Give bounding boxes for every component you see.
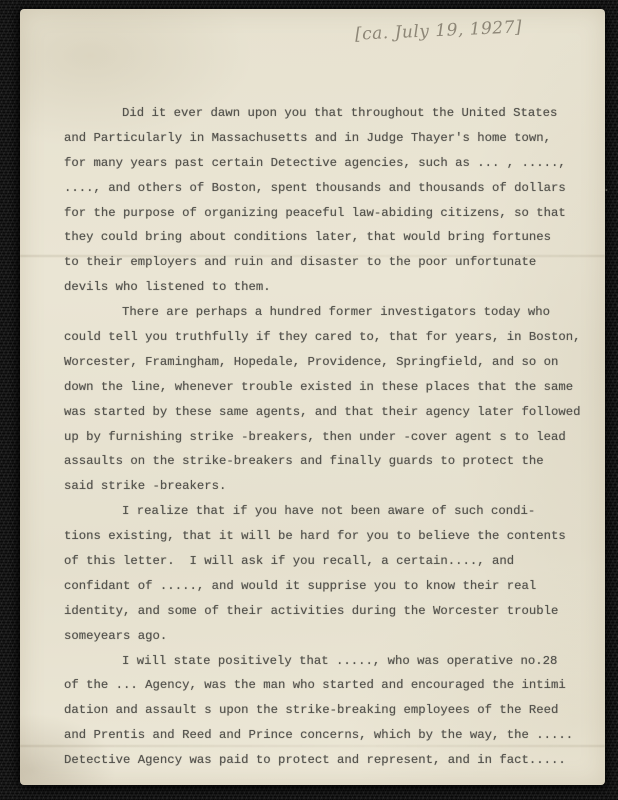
letter-line: and Prentis and Reed and Prince concerns… [64,723,610,748]
letter-line: for many years past certain Detective ag… [64,151,610,176]
letter-page: [ca. July 19, 1927] Did it ever dawn upo… [20,9,605,785]
letter-line: tions existing, that it will be hard for… [64,524,610,549]
letter-line: up by furnishing strike -breakers, then … [64,425,610,450]
letter-line: down the line, whenever trouble existed … [64,375,610,400]
letter-line: Did it ever dawn upon you that throughou… [64,101,610,126]
letter-line: of this letter. I will ask if you recall… [64,549,610,574]
letter-line: could tell you truthfully if they cared … [64,325,610,350]
letter-line: devils who listened to them. [64,275,610,300]
letter-line: I will state positively that ....., who … [64,649,610,674]
letter-line: for the purpose of organizing peaceful l… [64,201,610,226]
letter-line: of the ... Agency, was the man who start… [64,673,610,698]
letter-line: confidant of ....., and would it suppris… [64,574,610,599]
archival-date-note: [ca. July 19, 1927] [355,17,523,44]
letter-line: Detective Agency was paid to protect and… [64,748,610,773]
letter-line: someyears ago. [64,624,610,649]
letter-body: Did it ever dawn upon you that throughou… [64,101,610,773]
letter-line: was started by these same agents, and th… [64,400,610,425]
letter-line: they could bring about conditions later,… [64,225,610,250]
letter-line: identity, and some of their activities d… [64,599,610,624]
letter-line: and Particularly in Massachusetts and in… [64,126,610,151]
letter-line: There are perhaps a hundred former inves… [64,300,610,325]
letter-line: dation and assault s upon the strike-bre… [64,698,610,723]
letter-line: said strike -breakers. [64,474,610,499]
letter-line: Worcester, Framingham, Hopedale, Provide… [64,350,610,375]
letter-line: to their employers and ruin and disaster… [64,250,610,275]
letter-line: I realize that if you have not been awar… [64,499,610,524]
letter-line: ...., and others of Boston, spent thousa… [64,176,610,201]
scanned-letter-screenshot: { "page": { "annotation": "[ca. July 19,… [0,0,618,800]
letter-line: assaults on the strike-breakers and fina… [64,449,610,474]
